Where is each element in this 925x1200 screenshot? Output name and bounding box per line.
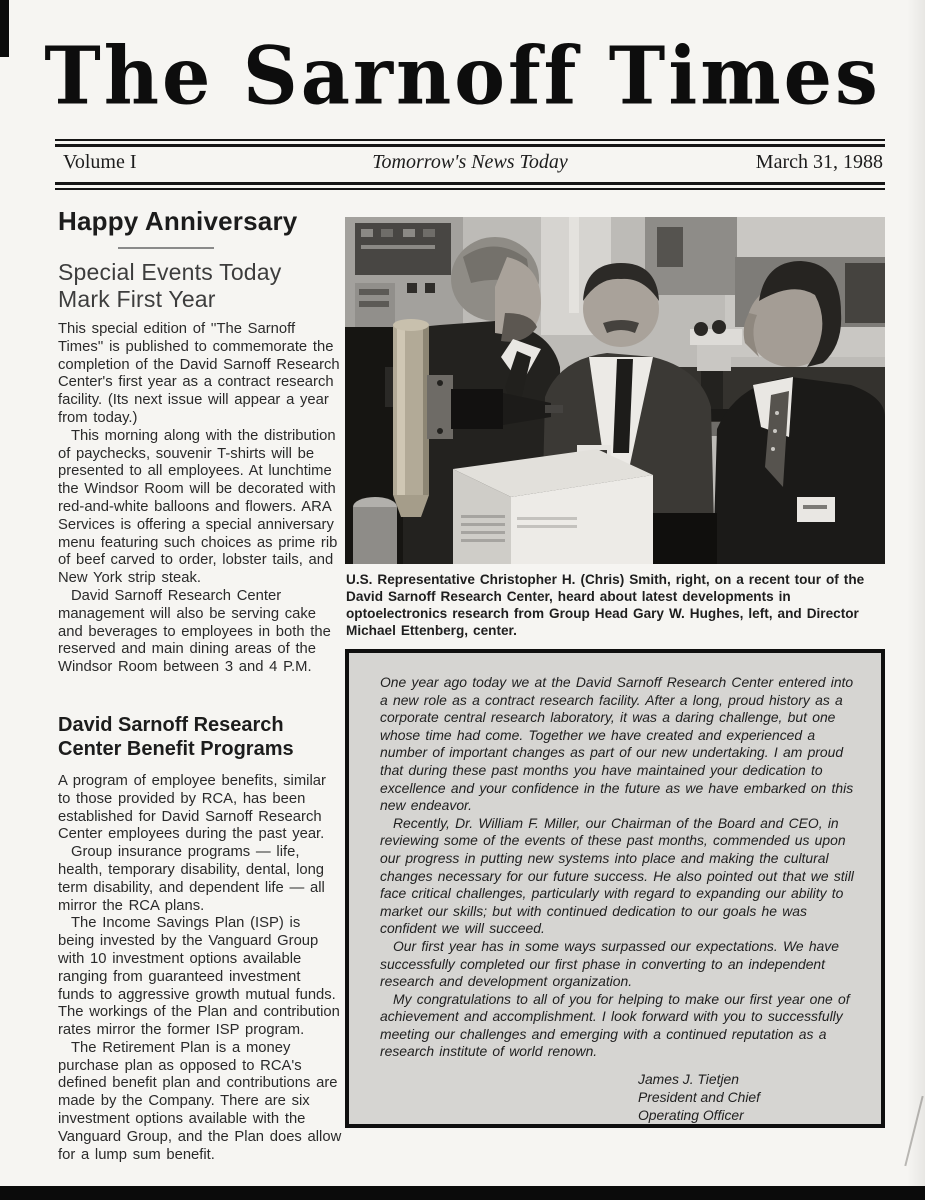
photo-caption: U.S. Representative Christopher H. (Chri… — [346, 571, 884, 639]
newspaper-title: The Sarnoff Times — [0, 32, 925, 120]
article2-paragraph-1: A program of employee benefits, similar … — [58, 773, 342, 844]
scan-edge-shade — [907, 0, 925, 1200]
article1-subhead-line1: Special Events Today — [58, 259, 282, 285]
cabinet-panel — [657, 227, 683, 267]
shadow-area — [653, 513, 717, 564]
letter-paragraph-4: My congratulations to all of you for hel… — [380, 991, 855, 1061]
article2-headline-line2: Center Benefit Programs — [58, 738, 294, 760]
photo — [345, 217, 885, 564]
article2-paragraph-3: The Income Savings Plan (ISP) is being i… — [58, 915, 342, 1040]
article1-paragraph-1: This special edition of ''The Sarnoff Ti… — [58, 321, 342, 428]
photo-illustration — [345, 217, 885, 564]
article1-paragraph-2: This morning along with the distribution… — [58, 428, 342, 588]
signature-title-line2: Operating Officer — [638, 1107, 855, 1125]
letter-paragraph-3: Our first year has in some ways surpasse… — [380, 938, 855, 991]
left-column: Happy Anniversary Special Events TodayMa… — [58, 206, 342, 1164]
article2-headline-line1: David Sarnoff Research — [58, 714, 284, 736]
article1-subhead-line2: Mark First Year — [58, 286, 216, 312]
letter-paragraph-1: One year ago today we at the David Sarno… — [380, 674, 855, 815]
presidents-letter-box: One year ago today we at the David Sarno… — [345, 649, 885, 1128]
article1-headline: Happy Anniversary — [58, 206, 342, 236]
article1-subhead: Special Events TodayMark First Year — [58, 259, 342, 313]
article2-paragraph-2: Group insurance programs — life, health,… — [58, 844, 342, 915]
pipe — [569, 217, 579, 313]
article2-headline: David Sarnoff ResearchCenter Benefit Pro… — [58, 713, 342, 761]
signature-name: James J. Tietjen — [638, 1071, 855, 1089]
masthead-rule-bottom — [55, 182, 885, 190]
signature-block: James J. Tietjen President and Chief Ope… — [638, 1071, 855, 1124]
issue-date: March 31, 1988 — [756, 151, 883, 174]
signature-title-line1: President and Chief — [638, 1089, 855, 1107]
article2-paragraph-4: The Retirement Plan is a money purchase … — [58, 1040, 342, 1165]
newsletter-page: The Sarnoff Times Volume I Tomorrow's Ne… — [0, 0, 925, 1200]
article1-paragraph-3: David Sarnoff Research Center management… — [58, 588, 342, 677]
folio-line: Volume I Tomorrow's News Today March 31,… — [55, 151, 885, 177]
letter-paragraph-2: Recently, Dr. William F. Miller, our Cha… — [380, 815, 855, 938]
headline-rule — [118, 247, 214, 249]
computer-box — [453, 449, 653, 564]
scan-artifact-bottom-bar — [0, 1186, 925, 1200]
masthead-rule-top — [55, 139, 885, 147]
